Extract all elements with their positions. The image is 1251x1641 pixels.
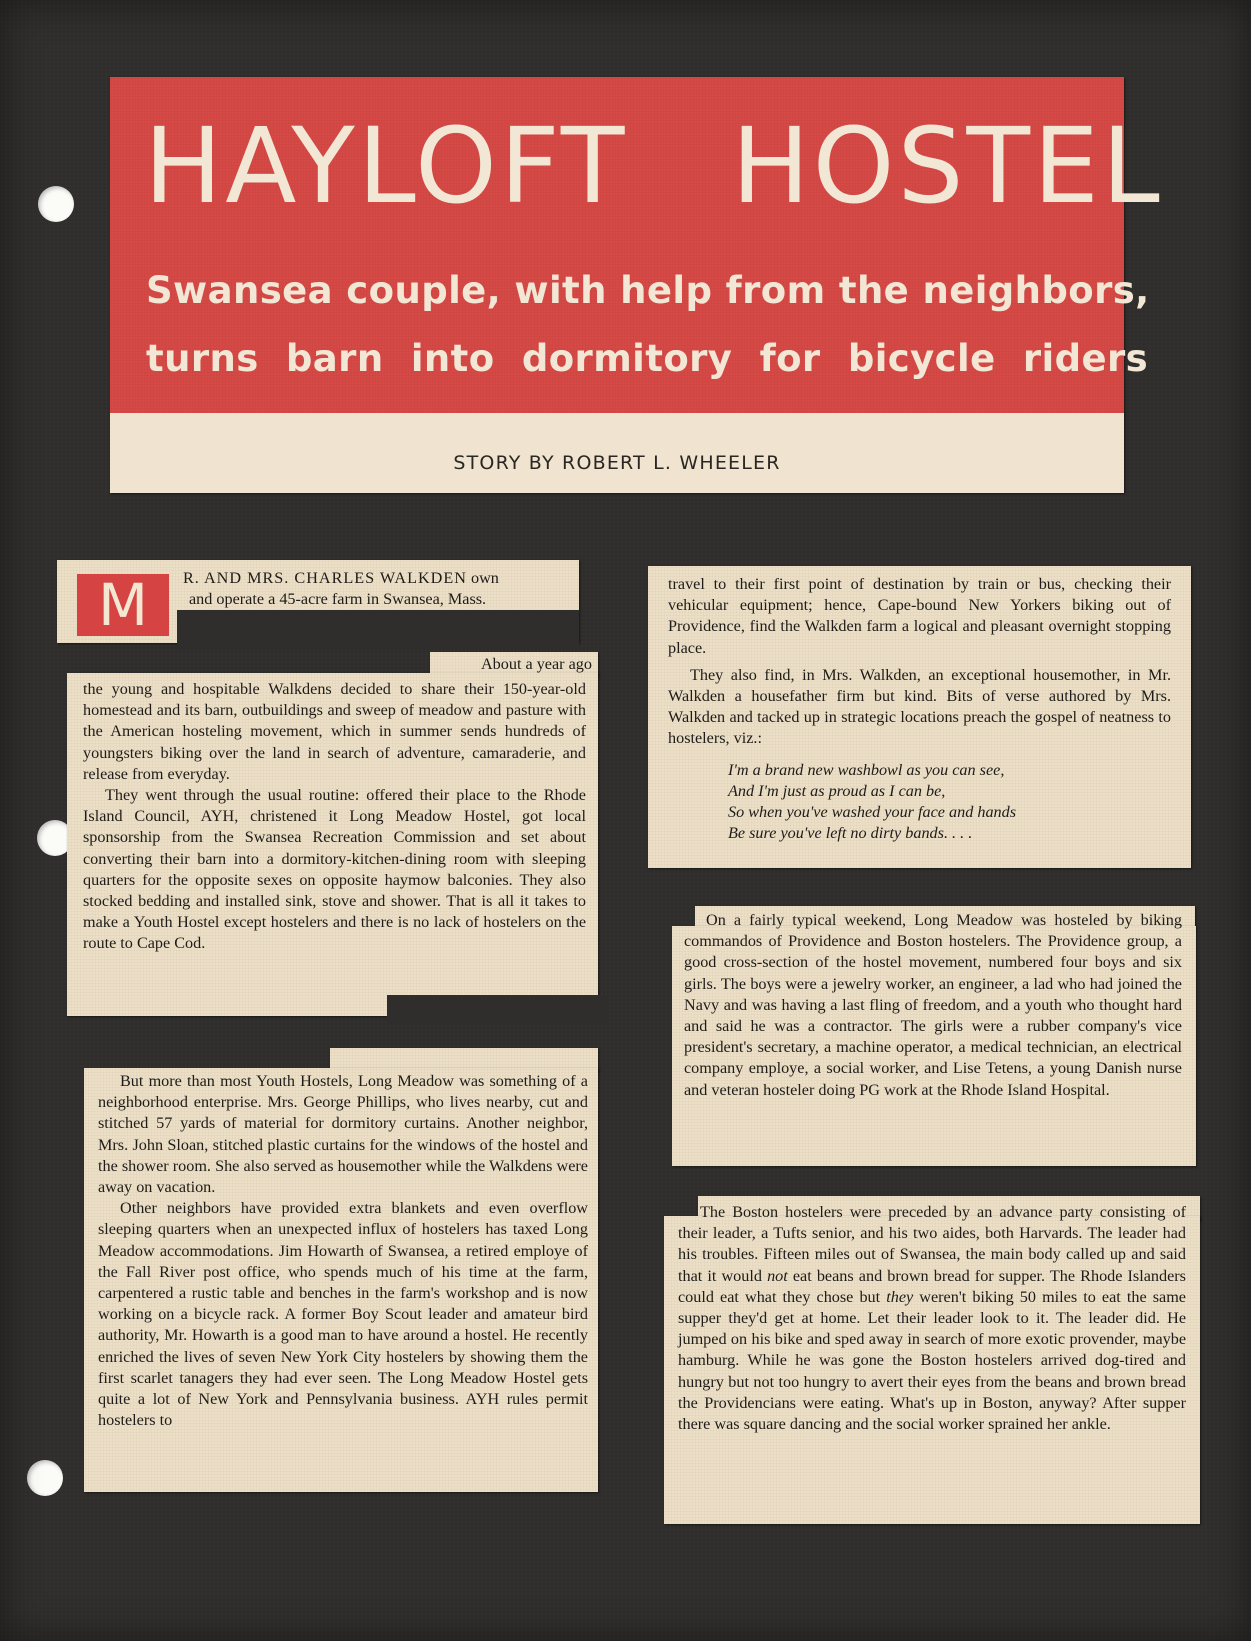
headline-subtitle: Swansea couple, with help from the neigh… — [146, 257, 1126, 393]
headline-clipping: HAYLOFT HOSTEL Swansea couple, with help… — [110, 77, 1124, 493]
drop-cap: M — [77, 574, 169, 636]
lede-text: R. AND MRS. CHARLES WALKDEN own and oper… — [183, 568, 573, 610]
lede-clipping: M R. AND MRS. CHARLES WALKDEN own and op… — [57, 560, 579, 643]
text-run: weren't biking 50 miles to eat the same … — [678, 1288, 1186, 1433]
paragraph: They also find, in Mrs. Walkden, an exce… — [668, 665, 1171, 750]
headline-title: HAYLOFT HOSTEL — [144, 107, 1104, 227]
verse-line: So when you've washed your face and hand… — [728, 802, 1171, 823]
clipping-notch — [177, 610, 579, 650]
article-clipping-4: On a fairly typical weekend, Long Meadow… — [672, 926, 1196, 1166]
emphasis: they — [886, 1288, 913, 1306]
paragraph: travel to their first point of destinati… — [668, 574, 1171, 659]
article-clipping-5: The Boston hostelers were preceded by an… — [664, 1216, 1200, 1524]
byline: STORY BY ROBERT L. WHEELER — [110, 452, 1124, 474]
subtitle-line-1: Swansea couple, with help from the neigh… — [146, 257, 1126, 325]
verse-line: Be sure you've left no dirty bands. . . … — [728, 823, 1171, 844]
subtitle-line-2: turns barn into dormitory for bicycle ri… — [146, 325, 1126, 393]
lede-caps: R. AND MRS. CHARLES WALKDEN — [183, 569, 467, 587]
paragraph: the young and hospitable Walkdens decide… — [83, 679, 586, 785]
lede-rest: own — [467, 569, 499, 587]
verse-line: And I'm just as proud as I can be, — [728, 781, 1171, 802]
article-clipping-1: the young and hospitable Walkdens decide… — [67, 673, 598, 1016]
paragraph: On a fairly typical weekend, Long Meadow… — [684, 910, 1182, 1101]
verse-line: I'm a brand new washbowl as you can see, — [728, 760, 1171, 781]
binder-hole-bottom — [27, 1460, 63, 1496]
lede-line-2: and operate a 45-acre farm in Swansea, M… — [183, 589, 573, 610]
article-clipping-2: But more than most Youth Hostels, Long M… — [84, 1068, 598, 1492]
article-clipping-3: travel to their first point of destinati… — [648, 566, 1191, 868]
paragraph: The Boston hostelers were preceded by an… — [678, 1202, 1186, 1435]
paragraph: But more than most Youth Hostels, Long M… — [98, 1071, 588, 1198]
clipping-notch — [387, 995, 607, 1025]
emphasis: not — [767, 1267, 788, 1285]
verse: I'm a brand new washbowl as you can see,… — [728, 760, 1171, 844]
headline-banner: HAYLOFT HOSTEL Swansea couple, with help… — [110, 77, 1124, 413]
paragraph: They went through the usual routine: off… — [83, 785, 586, 955]
tab-text: About a year ago — [481, 655, 592, 673]
paragraph: Other neighbors have provided extra blan… — [98, 1198, 588, 1431]
binder-hole-top — [38, 186, 74, 222]
